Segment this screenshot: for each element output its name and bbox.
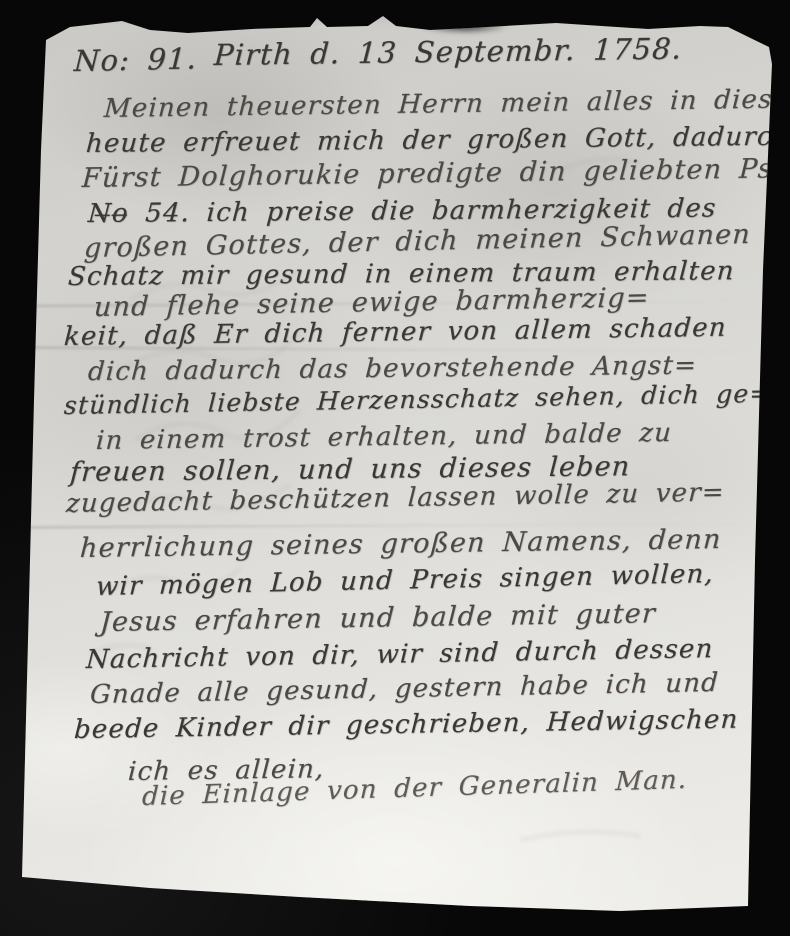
manuscript-scan: No: 91. Pirth d. 13 Septembr. 1758. Mein…: [0, 0, 790, 936]
archive-number: No: 91.: [73, 41, 198, 78]
dateline: Pirth d. 13 Septembr. 1758.: [213, 31, 683, 72]
letter-page: No: 91. Pirth d. 13 Septembr. 1758. Mein…: [0, 0, 790, 936]
